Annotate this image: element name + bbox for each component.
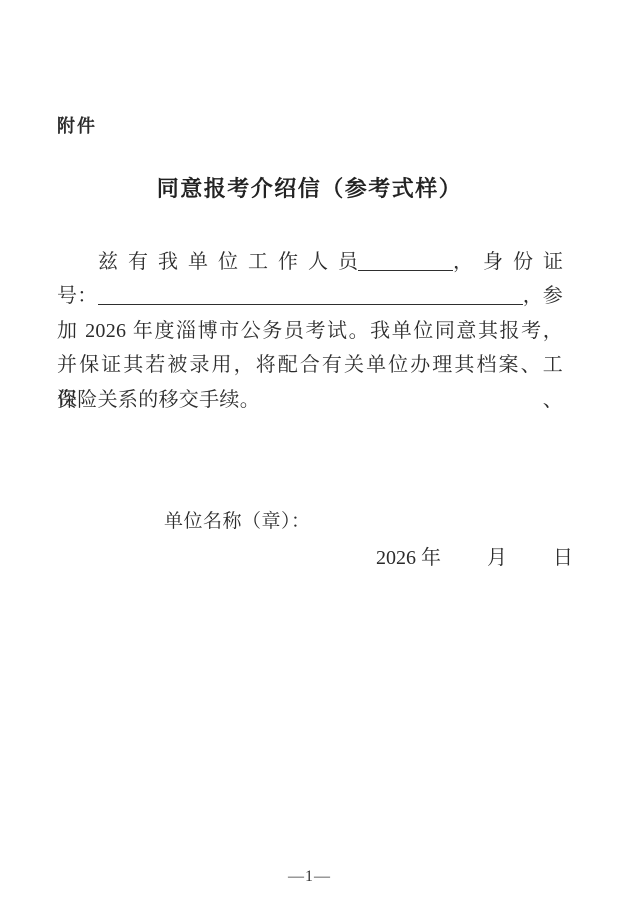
body-text-segment: 参 bbox=[543, 279, 563, 313]
body-line: 并保证其若被录用，将配合有关单位办理其档案、工资、 bbox=[57, 348, 563, 382]
page-number: —1— bbox=[0, 868, 619, 886]
document-page: 附件 同意报考介绍信（参考式样） 兹有我单位工作人员，身份证号：，参加 2026… bbox=[0, 0, 619, 911]
body-line: 号：，参 bbox=[57, 279, 563, 313]
date-line: 2026 年 月 日 bbox=[376, 541, 573, 570]
date-year: 2026 年 bbox=[376, 541, 441, 570]
id-number-blank bbox=[98, 304, 523, 305]
body-text-segment: 号： bbox=[57, 279, 98, 313]
attachment-label: 附件 bbox=[57, 112, 97, 138]
body-text-segment: 兹有我单位工作人员 bbox=[57, 245, 368, 279]
unit-name-seal-label: 单位名称（章）： bbox=[164, 506, 311, 533]
body-line: 加 2026 年度淄博市公务员考试。我单位同意其报考， bbox=[57, 314, 563, 348]
date-day: 日 bbox=[553, 541, 573, 570]
employee-name-blank bbox=[358, 270, 453, 271]
document-body: 兹有我单位工作人员，身份证号：，参加 2026 年度淄博市公务员考试。我单位同意… bbox=[57, 245, 563, 417]
body-line: 兹有我单位工作人员，身份证 bbox=[57, 245, 563, 279]
date-month: 月 bbox=[487, 541, 507, 570]
body-text-segment: ，身份证 bbox=[453, 245, 573, 279]
document-title: 同意报考介绍信（参考式样） bbox=[0, 172, 619, 203]
